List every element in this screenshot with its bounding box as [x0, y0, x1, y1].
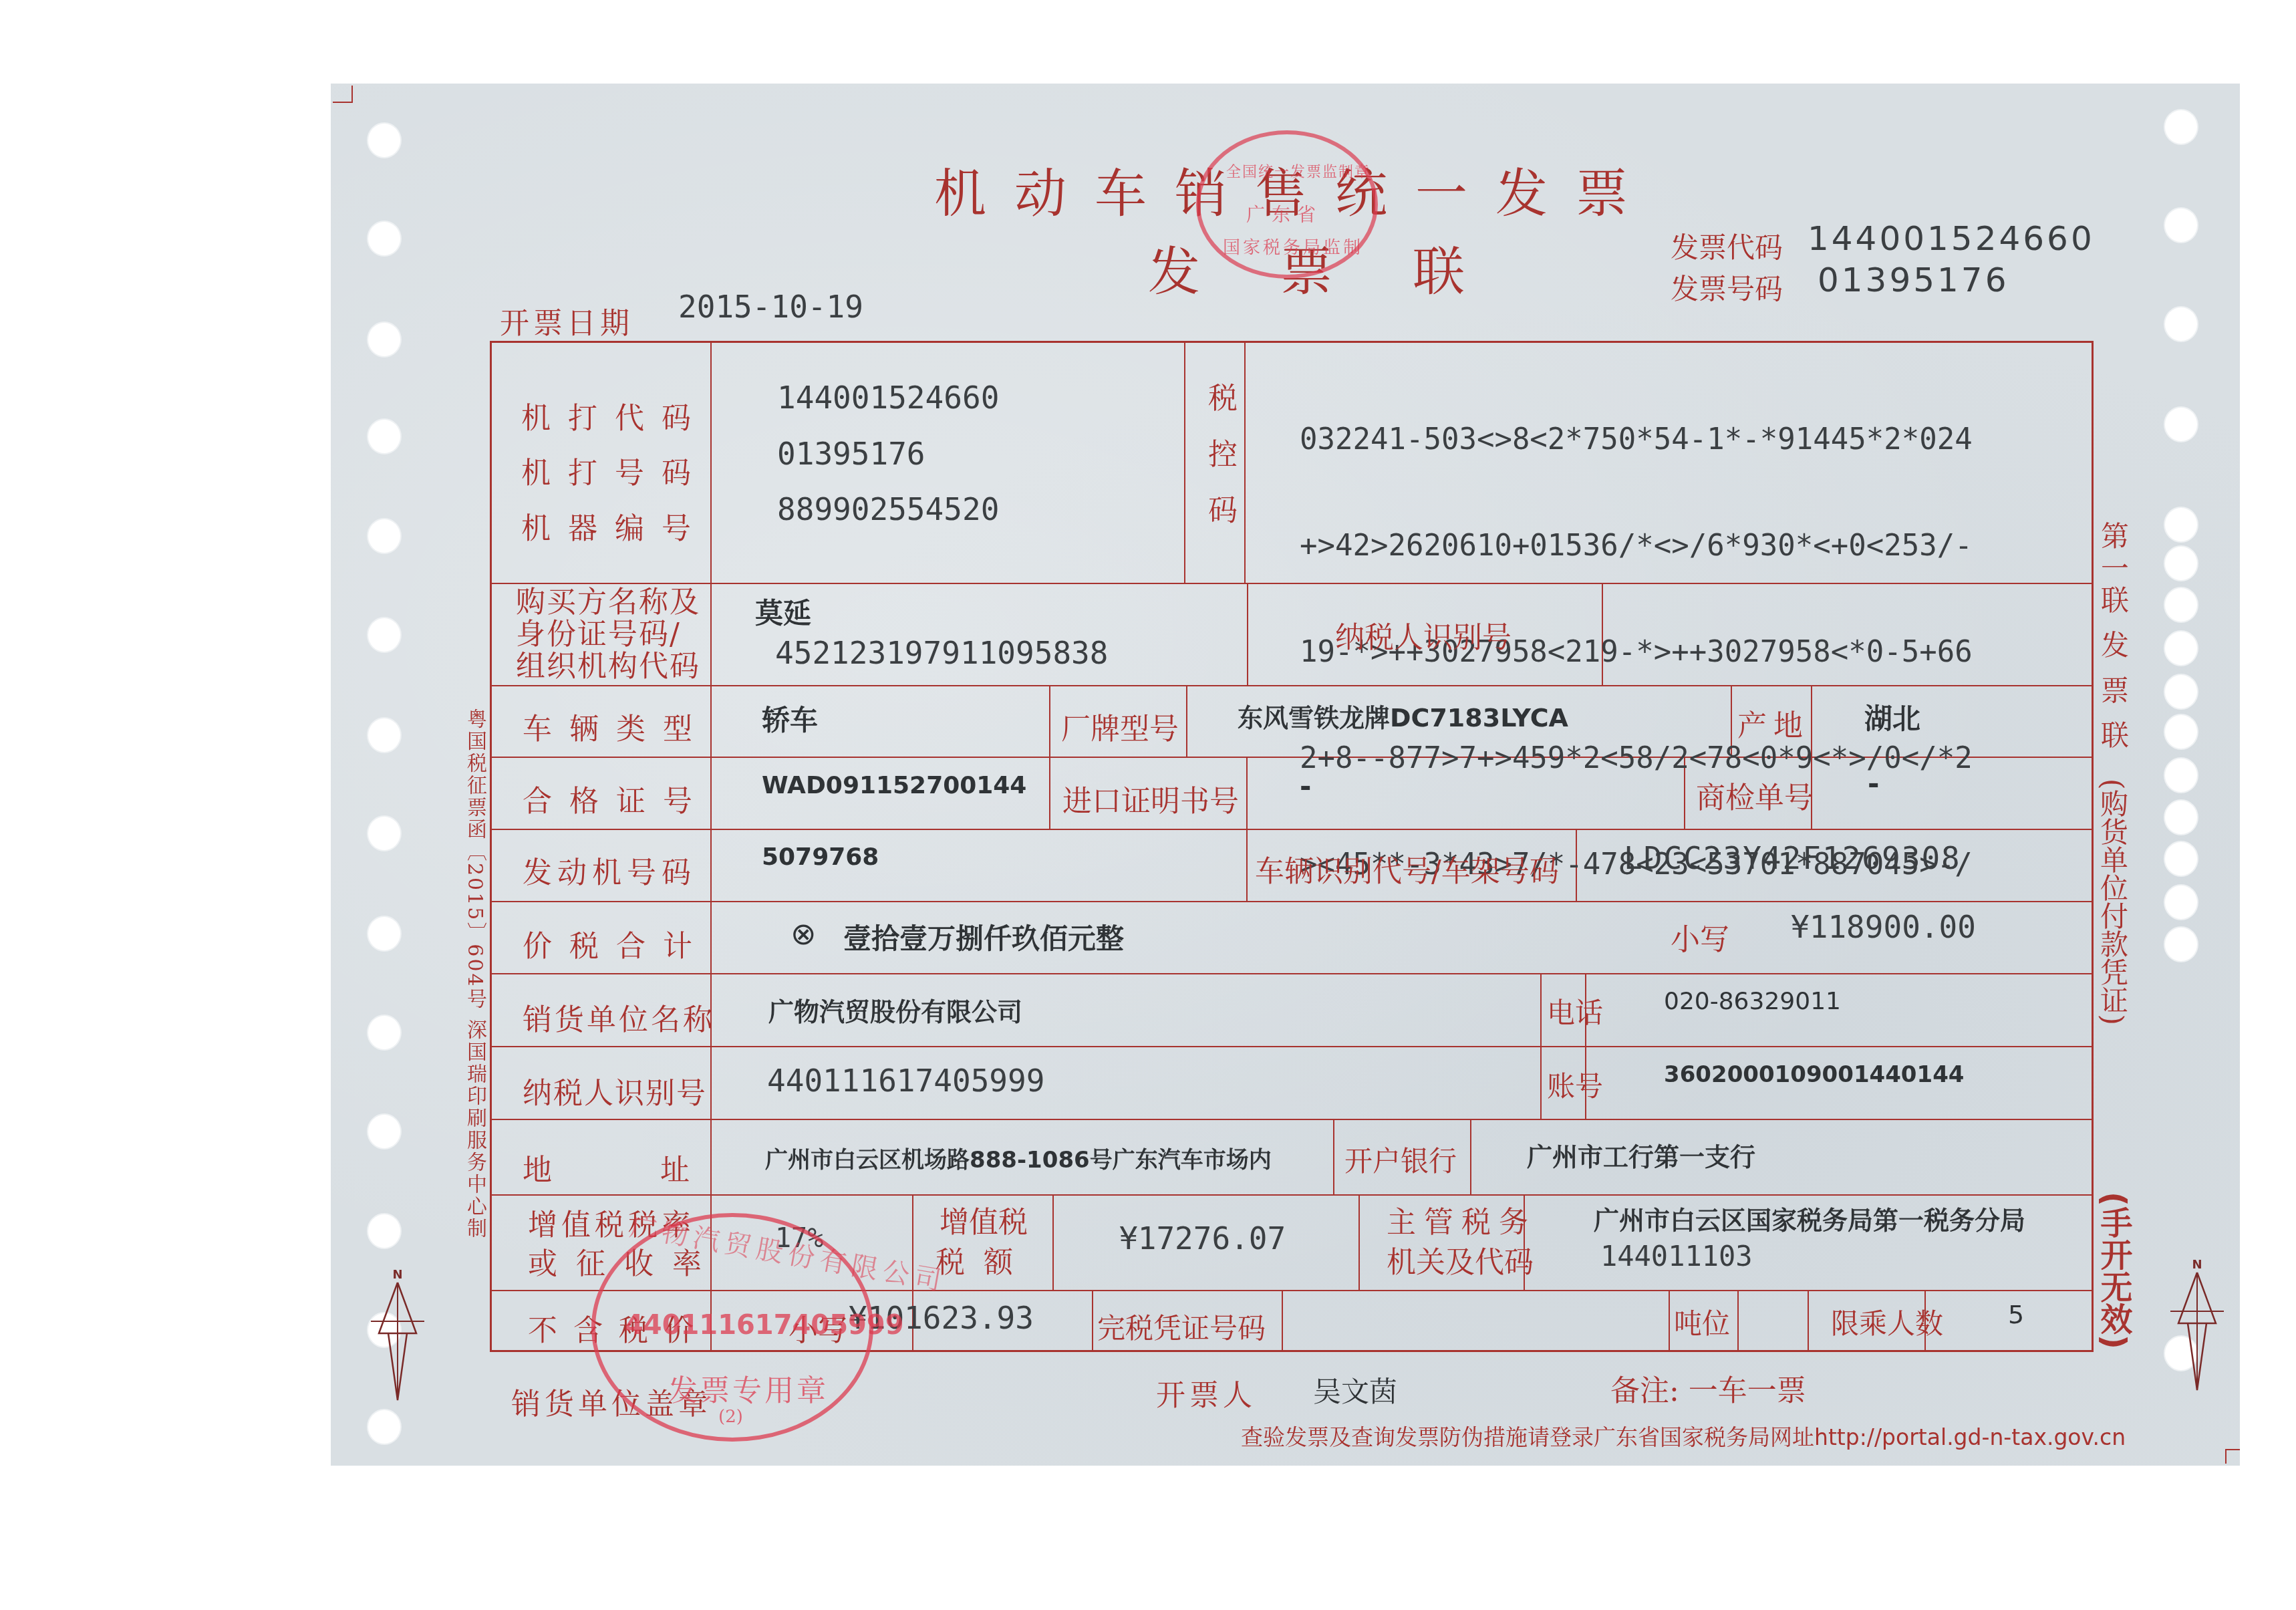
vat-amount-value: ¥17276.07: [1119, 1220, 1286, 1256]
passenger-limit-value: 5: [2008, 1300, 2024, 1329]
issue-date-label: 开票日期: [500, 299, 633, 342]
seller-address-value: 广州市白云区机场路888-1086号广东汽车市场内: [765, 1142, 1272, 1174]
inspection-label: 商检单号: [1696, 774, 1814, 817]
import-cert-value: -: [1300, 770, 1311, 803]
engine-value: 5079768: [762, 843, 879, 871]
north-arrow-icon-right: N: [2170, 1256, 2224, 1403]
seller-bank-label: 开户银行: [1344, 1139, 1457, 1180]
corner-mark-top-left: [333, 86, 353, 103]
machine-number-value: 01395176: [777, 436, 925, 472]
buyer-id-number: 452123197911095838: [775, 635, 1109, 671]
left-margin-note: 粤国税征票函〔2015〕604号 深国瑞印刷服务中心制: [460, 708, 489, 1239]
total-label: 价税合计: [523, 922, 710, 965]
svg-text:N: N: [2192, 1258, 2202, 1272]
corner-mark-bottom-right: [2225, 1449, 2240, 1464]
remark: 备注: 一车一票: [1610, 1367, 1806, 1410]
issuer-label: 开票人: [1156, 1371, 1256, 1414]
vin-value: LDCC23Y42F1269308: [1624, 840, 1961, 876]
seller-address-label: 地址: [523, 1146, 690, 1189]
buyer-label: 购买方名称及 身份证号码/ 组织机构代码: [516, 587, 700, 683]
origin-label: 产地: [1737, 702, 1810, 745]
buyer-name: 莫延: [755, 591, 811, 632]
certificate-label: 合格证号: [523, 777, 710, 820]
brand-model-value: 东风雪铁龙牌DC7183LYCA: [1238, 697, 1568, 734]
seller-account-label: 账号: [1547, 1065, 1603, 1105]
origin-value: 湖北: [1864, 697, 1920, 737]
inspection-value: -: [1868, 767, 1879, 800]
issue-date-value: 2015-10-19: [678, 289, 863, 325]
tax-control-code-label: 税控码: [1198, 382, 1241, 551]
import-cert-label: 进口证明书号: [1062, 777, 1239, 820]
seller-account-value: 3602000109001440144: [1664, 1061, 1965, 1088]
seller-name-value: 广物汽贸股份有限公司: [768, 991, 1022, 1028]
vehicle-type-label: 车辆类型: [523, 705, 710, 748]
passenger-limit-label: 限乘人数: [1831, 1302, 1943, 1342]
seller-phone-value: 020-86329011: [1664, 988, 1841, 1015]
tonnage-label: 吨位: [1674, 1302, 1730, 1342]
invoice-code-label: 发票代码: [1671, 226, 1783, 266]
vehicle-type-value: 轿车: [762, 698, 818, 739]
verification-note: 查验发票及查询发票防伪措施请登录广东省国家税务局网址http://portal.…: [1241, 1420, 2126, 1452]
tax-paid-cert-label: 完税凭证号码: [1097, 1307, 1266, 1347]
vin-label: 车辆识别代号/车架号码: [1255, 847, 1559, 890]
machine-code-label: 机打代码: [521, 394, 708, 437]
tax-authority-name: 广州市白云区国家税务局第一税务分局: [1594, 1200, 2025, 1236]
vat-amount-label: 增值税 税额: [936, 1203, 1032, 1283]
total-circle-icon: ⊗: [791, 916, 817, 952]
issuer-value: 吴文茵: [1313, 1370, 1397, 1410]
brand-model-label: 厂牌型号: [1061, 705, 1179, 748]
machine-number-label: 机打号码: [521, 449, 708, 492]
north-arrow-icon-left: N: [371, 1266, 424, 1414]
invoice-number-value: 01395176: [1818, 261, 2009, 299]
tax-authority-label: 主管税务 机关及代码: [1387, 1203, 1536, 1283]
machine-serial-value: 889902554520: [777, 491, 999, 527]
seller-taxpayer-id-value: 440111617405999: [767, 1063, 1044, 1099]
total-amount-words: 壹拾壹万捌仟玖佰元整: [843, 917, 1124, 957]
invoice-number-label: 发票号码: [1671, 267, 1783, 307]
buyer-taxpayer-id-label: 纳税人识别号: [1335, 614, 1512, 656]
svg-text:N: N: [392, 1268, 402, 1282]
seller-name-label: 销货单位名称: [523, 996, 715, 1039]
address-label-char-1: 地: [523, 1146, 552, 1189]
engine-label: 发动机号码: [523, 849, 696, 892]
seller-phone-label: 电话: [1547, 991, 1603, 1031]
total-amount: ¥118900.00: [1791, 909, 1976, 945]
seller-bank-value: 广州市工行第一支行: [1527, 1136, 1755, 1173]
seller-taxpayer-id-label: 纳税人识别号: [523, 1069, 707, 1112]
machine-serial-label: 机器编号: [521, 505, 708, 547]
address-label-char-2: 址: [660, 1146, 690, 1189]
certificate-value: WAD091152700144: [762, 772, 1026, 799]
invoice-code-value: 144001524660: [1808, 219, 2095, 258]
total-small-label: 小写: [1671, 916, 1729, 958]
tax-authority-code: 144011103: [1600, 1240, 1753, 1272]
machine-code-value: 144001524660: [777, 380, 999, 416]
